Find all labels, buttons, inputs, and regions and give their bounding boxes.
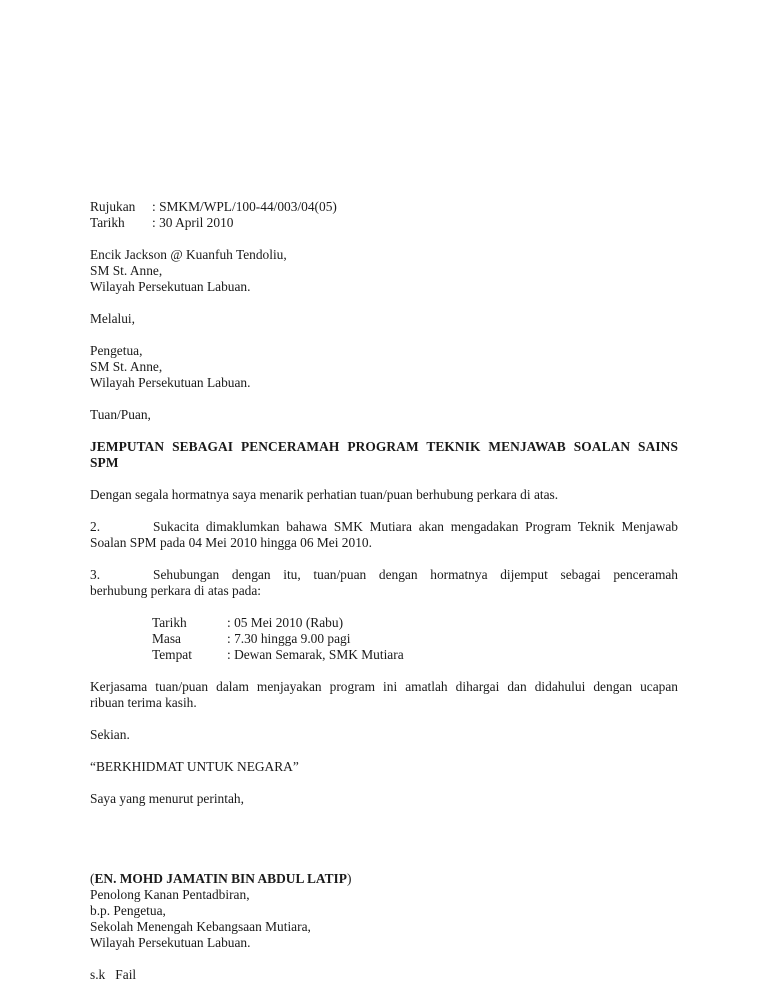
- recipient-address: Encik Jackson @ Kuanfuh Tendoliu, SM St.…: [90, 247, 678, 295]
- paragraph-3: 3. Sehubungan dengan itu, tuan/puan deng…: [90, 567, 678, 599]
- subject-heading: JEMPUTAN SEBAGAI PENCERAMAH PROGRAM TEKN…: [90, 439, 678, 471]
- recipient-line: Wilayah Persekutuan Labuan.: [90, 279, 678, 295]
- paragraph-text: Soalan SPM pada 04 Mei 2010 hingga 06 Me…: [90, 535, 678, 551]
- paragraph-2: 2. Sukacita dimaklumkan bahawa SMK Mutia…: [90, 519, 678, 551]
- closing-line-1: Kerjasama tuan/puan dalam menjayakan pro…: [90, 679, 678, 695]
- detail-row: Tempat : Dewan Semarak, SMK Mutiara: [152, 647, 678, 663]
- date-value: : 30 April 2010: [152, 215, 233, 231]
- detail-value: : 05 Mei 2010 (Rabu): [227, 615, 343, 631]
- detail-row: Masa : 7.30 hingga 9.00 pagi: [152, 631, 678, 647]
- signature-block: (EN. MOHD JAMATIN BIN ABDUL LATIP) Penol…: [90, 871, 678, 951]
- recipient-line: SM St. Anne,: [90, 263, 678, 279]
- subject-line-1: JEMPUTAN SEBAGAI PENCERAMAH PROGRAM TEKN…: [90, 439, 678, 455]
- reference-label: Rujukan: [90, 199, 152, 215]
- detail-label: Tarikh: [152, 615, 227, 631]
- motto: “BERKHIDMAT UNTUK NEGARA”: [90, 759, 678, 775]
- via-label: Melalui,: [90, 311, 678, 327]
- salutation: Tuan/Puan,: [90, 407, 678, 423]
- via-line: SM St. Anne,: [90, 359, 678, 375]
- signatory-line: Wilayah Persekutuan Labuan.: [90, 935, 678, 951]
- detail-value: : 7.30 hingga 9.00 pagi: [227, 631, 350, 647]
- signatory-line: b.p. Pengetua,: [90, 903, 678, 919]
- via-line: Wilayah Persekutuan Labuan.: [90, 375, 678, 391]
- letter: Rujukan : SMKM/WPL/100-44/003/04(05) Tar…: [90, 199, 678, 983]
- via-line: Pengetua,: [90, 343, 678, 359]
- order-line: Saya yang menurut perintah,: [90, 791, 678, 807]
- event-details: Tarikh : 05 Mei 2010 (Rabu) Masa : 7.30 …: [152, 615, 678, 663]
- detail-label: Masa: [152, 631, 227, 647]
- signatory-line: Sekolah Menengah Kebangsaan Mutiara,: [90, 919, 678, 935]
- signatory-name: (EN. MOHD JAMATIN BIN ABDUL LATIP): [90, 871, 678, 887]
- paragraph-text: berhubung perkara di atas pada:: [90, 583, 678, 599]
- via-address: Pengetua, SM St. Anne, Wilayah Persekutu…: [90, 343, 678, 391]
- intro-paragraph: Dengan segala hormatnya saya menarik per…: [90, 487, 678, 503]
- closing-line-2: ribuan terima kasih.: [90, 695, 678, 711]
- date-label: Tarikh: [90, 215, 152, 231]
- date-row: Tarikh : 30 April 2010: [90, 215, 678, 231]
- signatory-name-text: EN. MOHD JAMATIN BIN ABDUL LATIP: [94, 871, 346, 886]
- reference-row: Rujukan : SMKM/WPL/100-44/003/04(05): [90, 199, 678, 215]
- reference-value: : SMKM/WPL/100-44/003/04(05): [152, 199, 337, 215]
- closing-paragraph: Kerjasama tuan/puan dalam menjayakan pro…: [90, 679, 678, 711]
- sekian: Sekian.: [90, 727, 678, 743]
- detail-value: : Dewan Semarak, SMK Mutiara: [227, 647, 404, 663]
- signatory-line: Penolong Kanan Pentadbiran,: [90, 887, 678, 903]
- paragraph-text: Sehubungan dengan itu, tuan/puan dengan …: [153, 567, 678, 583]
- carbon-copy: s.k Fail: [90, 967, 678, 983]
- subject-line-2: SPM: [90, 455, 678, 471]
- close-paren: ): [347, 871, 351, 886]
- paragraph-number: 3.: [90, 567, 153, 583]
- paragraph-number: 2.: [90, 519, 153, 535]
- recipient-line: Encik Jackson @ Kuanfuh Tendoliu,: [90, 247, 678, 263]
- paragraph-text: Sukacita dimaklumkan bahawa SMK Mutiara …: [153, 519, 678, 535]
- detail-label: Tempat: [152, 647, 227, 663]
- detail-row: Tarikh : 05 Mei 2010 (Rabu): [152, 615, 678, 631]
